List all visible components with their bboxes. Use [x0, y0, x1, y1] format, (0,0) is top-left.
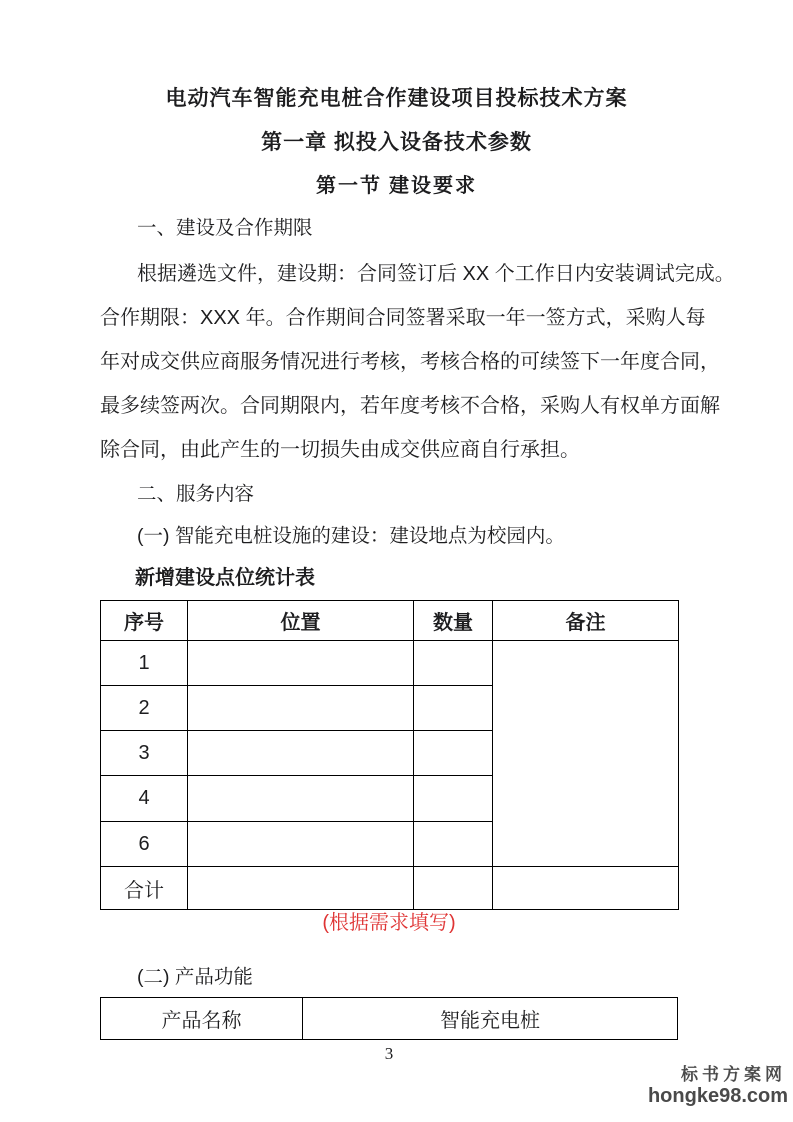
- product-name-table: 产品名称 智能充电桩: [100, 997, 678, 1040]
- location-cell: [188, 776, 414, 822]
- row-number-cell: 3: [101, 731, 188, 776]
- quantity-cell: [414, 822, 493, 867]
- header-cell-location: 位置: [188, 601, 414, 641]
- location-cell: [188, 686, 414, 731]
- page-number: 3: [100, 1044, 678, 1064]
- paragraph-line: 年对成交供应商服务情况进行考核，考核合格的可续签下一年度合同，: [100, 349, 720, 375]
- paragraph-line: 合作期限：XXX 年。合作期间合同签署采取一年一签方式，采购人每: [100, 305, 706, 331]
- watermark: 标书方案网 hongke98.com: [528, 1066, 788, 1106]
- chapter-heading: 第一章 拟投入设备技术参数: [0, 126, 793, 156]
- remark-merged-cell: [493, 641, 679, 867]
- construction-points-table: 序号 位置 数量 备注 1 2 3 4 6: [100, 600, 679, 910]
- header-cell-quantity: 数量: [414, 601, 493, 641]
- table-row: 1: [101, 641, 679, 686]
- row-number-cell: 1: [101, 641, 188, 686]
- document-page: 电动汽车智能充电桩合作建设项目投标技术方案 第一章 拟投入设备技术参数 第一节 …: [0, 0, 793, 1122]
- watermark-site-name: 标书方案网: [528, 1066, 786, 1083]
- location-cell: [188, 641, 414, 686]
- row-number-cell: 2: [101, 686, 188, 731]
- section-heading: 第一节 建设要求: [0, 169, 793, 198]
- quantity-cell: [414, 731, 493, 776]
- quantity-cell: [414, 776, 493, 822]
- paragraph-line: 除合同，由此产生的一切损失由成交供应商自行承担。: [100, 437, 580, 463]
- row-number-cell: 6: [101, 822, 188, 867]
- table-header-row: 序号 位置 数量 备注: [101, 601, 679, 641]
- item-one-heading: (一) 智能充电桩设施的建设：建设地点为校园内。: [137, 520, 565, 548]
- location-cell: [188, 867, 414, 910]
- location-cell: [188, 731, 414, 776]
- header-cell-remark: 备注: [493, 601, 679, 641]
- quantity-cell: [414, 686, 493, 731]
- header-cell-index: 序号: [101, 601, 188, 641]
- table-row: 产品名称 智能充电桩: [101, 998, 678, 1040]
- paragraph-line: 根据遴选文件，建设期：合同签订后 XX 个工作日内安装调试完成。: [137, 261, 735, 287]
- item-two-heading: (二) 产品功能: [137, 961, 253, 989]
- document-title: 电动汽车智能充电桩合作建设项目投标技术方案: [0, 82, 793, 112]
- quantity-cell: [414, 867, 493, 910]
- product-label-cell: 产品名称: [101, 998, 303, 1040]
- location-cell: [188, 822, 414, 867]
- row-number-cell: 4: [101, 776, 188, 822]
- quantity-cell: [414, 641, 493, 686]
- remark-cell: [493, 867, 679, 910]
- heading-two: 二、服务内容: [137, 478, 254, 506]
- paragraph-line: 最多续签两次。合同期限内，若年度考核不合格，采购人有权单方面解: [100, 393, 720, 419]
- watermark-domain: hongke98.com: [528, 1086, 788, 1106]
- table-total-row: 合计: [101, 867, 679, 910]
- product-value-cell: 智能充电桩: [303, 998, 678, 1040]
- heading-one: 一、建设及合作期限: [137, 212, 313, 240]
- fill-in-note: (根据需求填写): [100, 906, 678, 935]
- table-caption: 新增建设点位统计表: [135, 561, 315, 590]
- total-label-cell: 合计: [101, 867, 188, 910]
